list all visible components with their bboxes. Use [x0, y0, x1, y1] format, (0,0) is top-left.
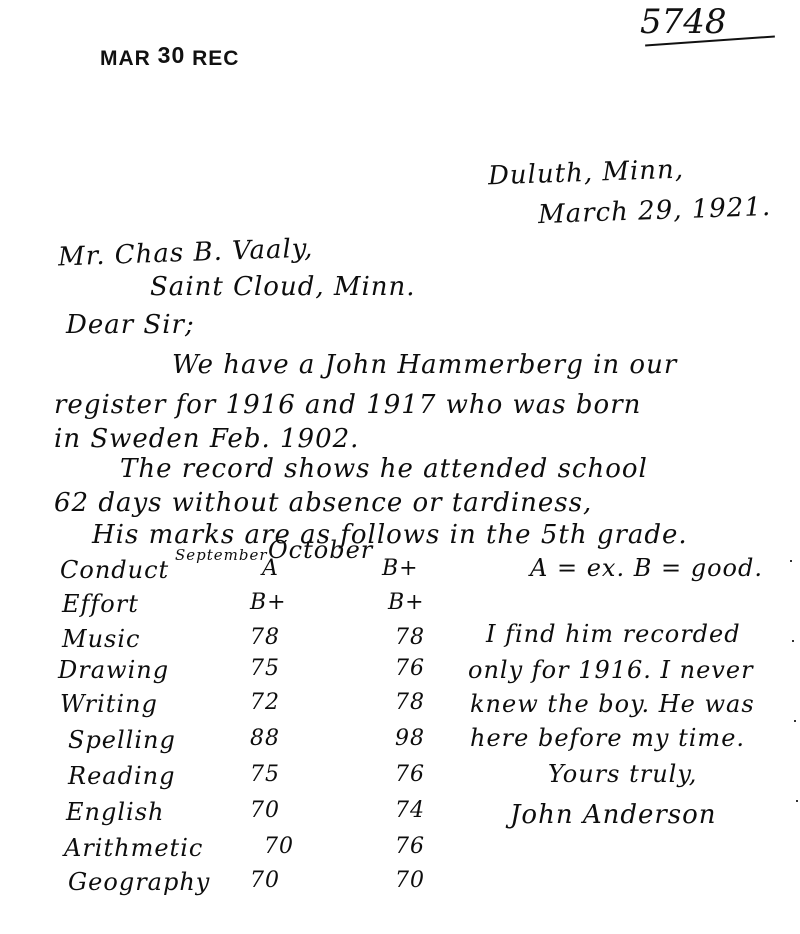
scan-speck [792, 640, 794, 642]
subject-cell: Writing [60, 690, 158, 718]
scan-speck [794, 720, 796, 722]
letter-place: Duluth, Minn, [488, 155, 685, 192]
body-line-1: We have a John Hammerberg in our [172, 350, 677, 380]
october-cell: B+ [382, 556, 419, 581]
october-cell: 98 [395, 726, 425, 751]
subject-cell: Arithmetic [64, 834, 203, 862]
scan-speck [796, 800, 798, 802]
stamp-month: MAR [100, 47, 151, 70]
september-cell: 88 [250, 726, 280, 751]
subject-cell: Effort [62, 590, 139, 618]
document-number: 5748 [640, 2, 727, 42]
september-cell: 70 [264, 834, 294, 859]
subject-cell: English [66, 798, 164, 826]
subject-cell: Drawing [58, 656, 169, 684]
body-line-4: The record shows he attended school [120, 454, 648, 484]
october-cell: 78 [395, 625, 425, 650]
salutation: Dear Sir; [66, 310, 195, 340]
october-cell: 70 [395, 868, 425, 893]
stamp-day: 30 [158, 42, 186, 68]
body-line-5: 62 days without absence or tardiness, [54, 488, 592, 518]
side-note-line-1: I find him recorded [486, 620, 741, 648]
scan-speck [790, 560, 792, 562]
september-cell: 75 [250, 762, 280, 787]
table-row: Geography 70 70 [0, 868, 800, 908]
september-cell: 78 [250, 625, 280, 650]
october-cell: 74 [395, 798, 425, 823]
september-cell: B+ [250, 590, 287, 615]
side-note-line-2: only for 1916. I never [468, 656, 754, 684]
october-cell: 78 [395, 690, 425, 715]
october-cell: B+ [388, 590, 425, 615]
subject-cell: Spelling [68, 726, 176, 754]
september-cell: 72 [250, 690, 280, 715]
received-stamp: MAR 30 REC [100, 44, 239, 71]
october-cell: 76 [395, 656, 425, 681]
body-line-2: register for 1916 and 1917 who was born [54, 390, 641, 420]
side-note-line-4: here before my time. [470, 724, 745, 752]
recipient-name: Mr. Chas B. Vaaly, [58, 234, 314, 273]
letter-date: March 29, 1921. [538, 192, 772, 230]
subject-cell: Reading [68, 762, 175, 790]
september-cell: 70 [250, 868, 280, 893]
stamp-label: REC [192, 47, 239, 70]
signature: John Anderson [510, 800, 717, 830]
october-cell: 76 [395, 834, 425, 859]
october-cell: 76 [395, 762, 425, 787]
closing: Yours truly, [548, 760, 697, 788]
subject-cell: Conduct [60, 556, 169, 584]
side-note-line-3: knew the boy. He was [470, 690, 755, 718]
september-cell: A [262, 556, 279, 581]
body-line-3: in Sweden Feb. 1902. [54, 424, 359, 454]
september-cell: 70 [250, 798, 280, 823]
september-cell: 75 [250, 656, 280, 681]
subject-cell: Music [62, 625, 140, 653]
recipient-city: Saint Cloud, Minn. [150, 272, 416, 302]
subject-cell: Geography [68, 868, 210, 896]
